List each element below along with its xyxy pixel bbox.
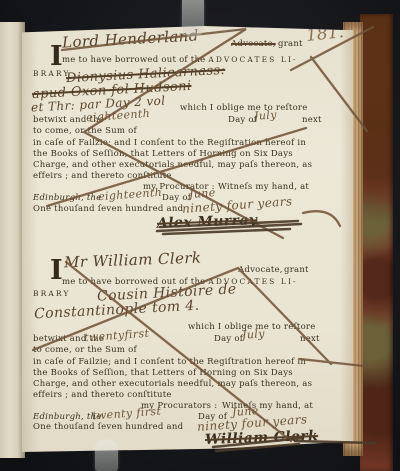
borrower-name: Lord Henderland: [62, 26, 200, 51]
register-page: 181. I Lord Henderland Advocate, grant m…: [22, 26, 353, 452]
edinburgh-label: Edinburgh, the: [33, 193, 102, 203]
signed-day: twenty first: [92, 405, 162, 423]
book-photo: 181. I Lord Henderland Advocate, grant m…: [0, 0, 400, 471]
next-label: next: [302, 115, 322, 125]
borrowed-text: me to have borrowed out of the: [62, 55, 205, 65]
borrower-name: Mr William Clerk: [64, 249, 202, 272]
sum-line: to come, or the Sum of: [33, 126, 137, 136]
signature: Alex Murray: [157, 212, 258, 231]
borrowed-line: me to have borrowed out of the ADVOCATES…: [62, 55, 298, 65]
book-cover-marbled-edge: [360, 14, 393, 471]
witness-label: Witneſs my hand, at: [218, 182, 309, 192]
page-holder-top: [182, 0, 204, 37]
book-title-line2: Constantinople tom 4.: [34, 298, 200, 323]
charge-line: Charge, and other executorials needful, …: [33, 379, 312, 389]
books-line: the Books of Seſſion, that Letters of Ho…: [33, 368, 293, 378]
next-label: next: [300, 334, 320, 344]
charge-line: Charge, and other executorials needful, …: [33, 160, 312, 170]
grant-label: grant: [278, 39, 303, 49]
year-line: One thouſand ſeven hundred and: [33, 204, 183, 214]
signature: William Clerk: [205, 428, 319, 448]
year-line: One thouſand ſeven hundred and: [33, 422, 183, 432]
effeirs-line: effeirs ; and thereto conſtitute: [33, 171, 172, 181]
advocate-label: Advocate,: [238, 265, 283, 275]
drop-cap: I: [50, 257, 63, 284]
day-of-label: Day of: [214, 334, 243, 344]
books-line: the Books of Seſſion, that Letters of Ho…: [33, 149, 293, 159]
day-of-label: Day of: [228, 115, 257, 125]
failzie-line: in caſe of Failzie; and I conſent to the…: [33, 357, 306, 367]
oblige-line: which I oblige me to reſtore: [180, 103, 308, 113]
failzie-line: in caſe of Failzie; and I conſent to the…: [33, 138, 306, 148]
sum-line: to come, or the Sum of: [33, 345, 137, 355]
grant-label: grant: [284, 265, 309, 275]
signed-day: eighteenth: [98, 186, 163, 203]
drop-cap: I: [50, 43, 63, 70]
return-month: July: [254, 108, 278, 123]
effeirs-line: effeirs ; and thereto conſtitute: [33, 390, 172, 400]
return-month: July: [242, 327, 266, 342]
advocate-label-struck: Advocate,: [231, 39, 276, 49]
left-page-edges: [0, 22, 25, 458]
page-holder-bottom: [95, 440, 118, 471]
brary-label: BRARY: [33, 289, 70, 298]
return-day: twentyfirst: [84, 327, 150, 345]
page-number: 181.: [305, 22, 345, 46]
